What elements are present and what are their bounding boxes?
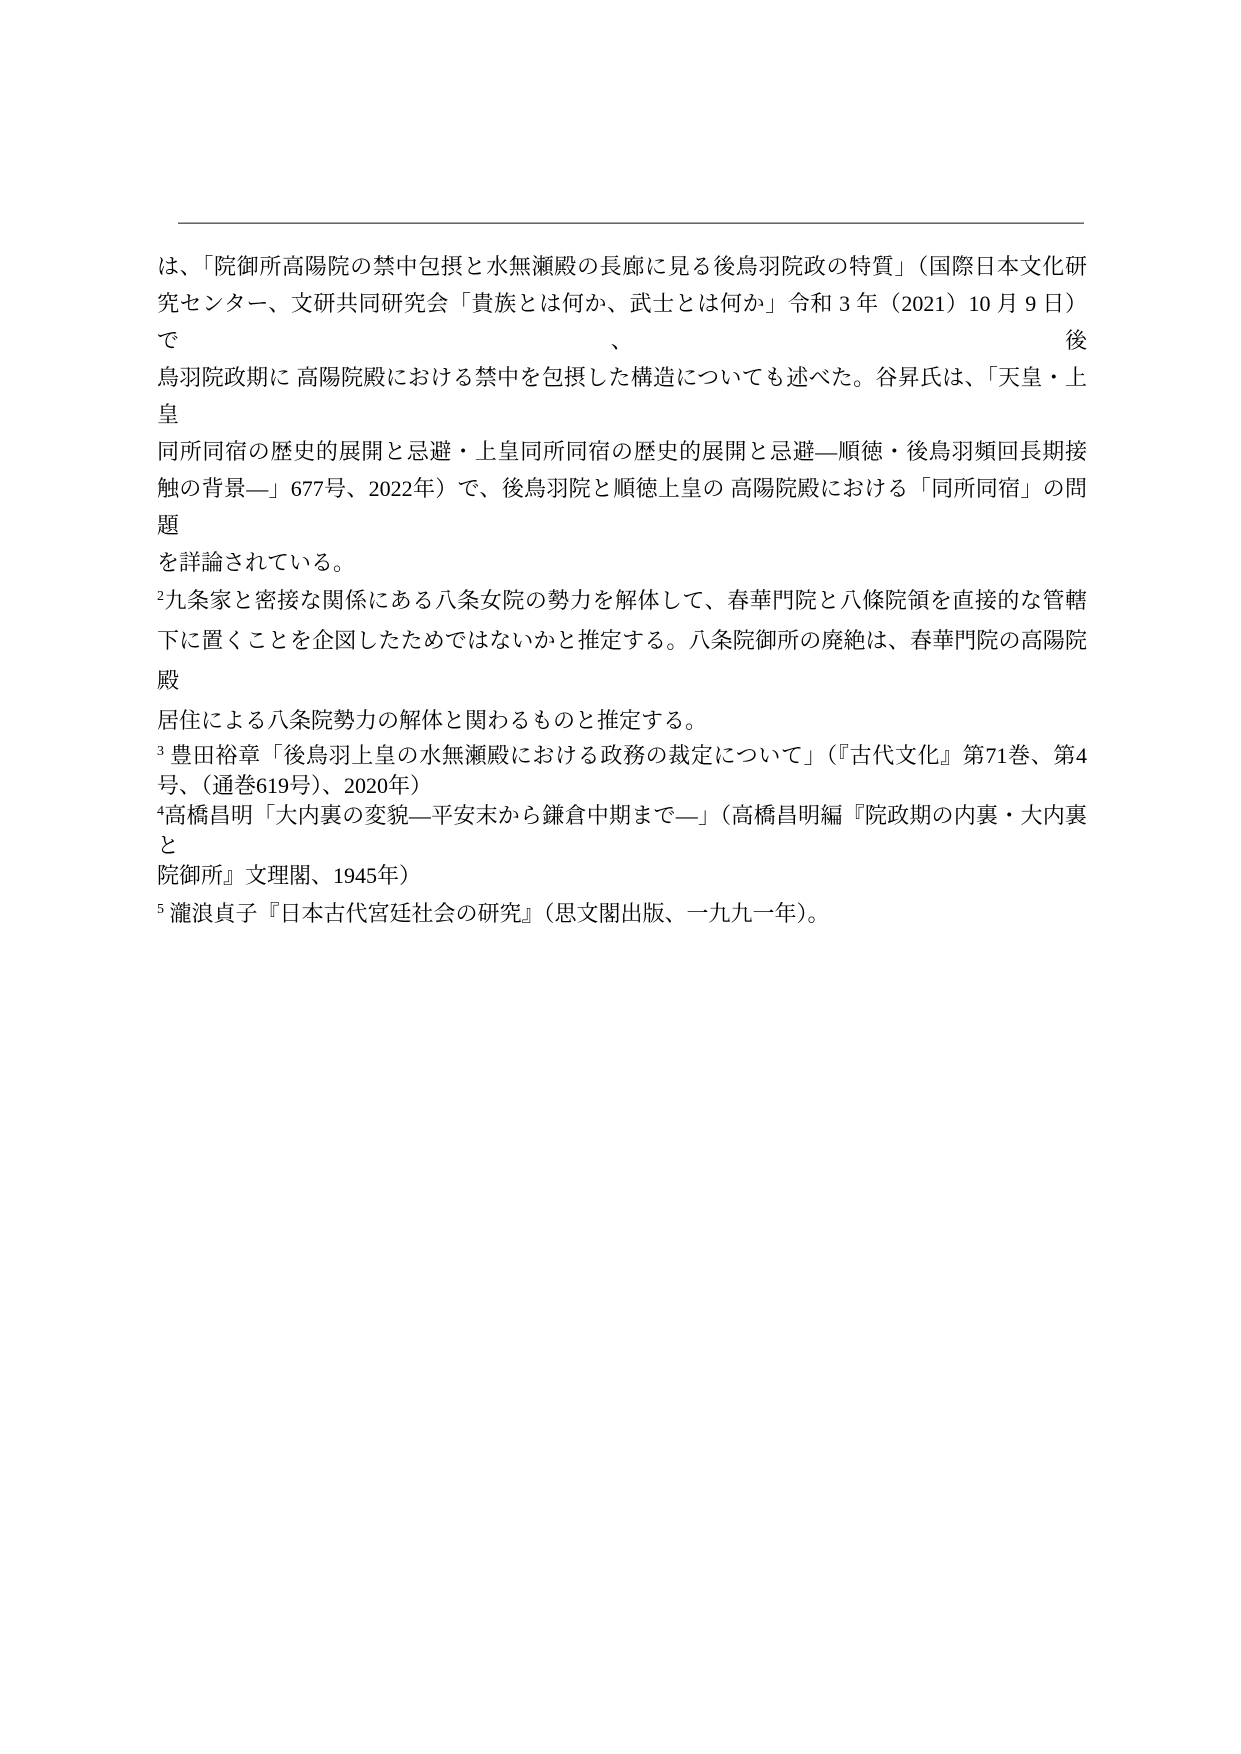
footnote-5-line-1: 5 瀧浪貞子『日本古代宮廷社会の研究』（思文閣出版、一九九一年）。 — [157, 899, 1087, 929]
footnote-1-continuation: は、「院御所高陽院の禁中包摂と水無瀬殿の長廊に見る後鳥羽院政の特質」（国際日本文… — [157, 248, 1087, 581]
footnote-3-line-2: 号、（通巻619号）、2020年） — [157, 771, 1087, 801]
footnote-3-line-1: 3 豊田裕章「後鳥羽上皇の水無瀬殿における政務の裁定について」（『古代文化』第7… — [157, 741, 1087, 771]
footnote-1-continuation-line-6: を詳論されている。 — [157, 544, 1087, 581]
footnote-4-line-1: 4高橋昌明「大内裏の変貌―平安末から鎌倉中期まで―」（高橋昌明編『院政期の内裏・… — [157, 801, 1087, 861]
footnote-4-line-2: 院御所』文理閣、1945年） — [157, 861, 1087, 891]
document-page: は、「院御所高陽院の禁中包摂と水無瀬殿の長廊に見る後鳥羽院政の特質」（国際日本文… — [0, 0, 1241, 1754]
footnote-separator-rule — [178, 222, 1084, 224]
footnote-1-continuation-line-1: は、「院御所高陽院の禁中包摂と水無瀬殿の長廊に見る後鳥羽院政の特質」（国際日本文… — [157, 248, 1087, 285]
footnote-marker-4: 4 — [157, 804, 164, 819]
footnote-1-continuation-line-3: 鳥羽院政期に 高陽院殿における禁中を包摂した構造についても述べた。谷昇氏は、「天… — [157, 359, 1087, 433]
footnote-5: 5 瀧浪貞子『日本古代宮廷社会の研究』（思文閣出版、一九九一年）。 — [157, 899, 1087, 929]
footnote-1-continuation-line-4: 同所同宿の歴史的展開と忌避・上皇同所同宿の歴史的展開と忌避―順徳・後鳥羽頻回長期… — [157, 433, 1087, 470]
footnote-marker-5: 5 — [157, 902, 164, 917]
footnote-1-continuation-line-5: 触の背景―」677号、2022年）で、後鳥羽院と順徳上皇の 高陽院殿における「同… — [157, 470, 1087, 544]
footnote-marker-3: 3 — [157, 744, 164, 759]
footnote-2-line-3: 居住による八条院勢力の解体と関わるものと推定する。 — [157, 701, 1087, 741]
footnote-2-line-2: 下に置くことを企図したためではないかと推定する。八条院御所の廃絶は、春華門院の高… — [157, 621, 1087, 701]
footnote-marker-2: 2 — [157, 589, 164, 604]
footnote-2-line-1: 2九条家と密接な関係にある八条女院の勢力を解体して、春華門院と八條院領を直接的な… — [157, 581, 1087, 621]
footnote-3: 3 豊田裕章「後鳥羽上皇の水無瀬殿における政務の裁定について」（『古代文化』第7… — [157, 741, 1087, 801]
footnote-1-continuation-line-2: 究センター、文研共同研究会「貴族とは何か、武士とは何か」令和 3 年（2021）… — [157, 285, 1087, 359]
footnotes-section: は、「院御所高陽院の禁中包摂と水無瀬殿の長廊に見る後鳥羽院政の特質」（国際日本文… — [157, 248, 1087, 929]
footnote-4: 4高橋昌明「大内裏の変貌―平安末から鎌倉中期まで―」（高橋昌明編『院政期の内裏・… — [157, 801, 1087, 891]
footnote-2: 2九条家と密接な関係にある八条女院の勢力を解体して、春華門院と八條院領を直接的な… — [157, 581, 1087, 741]
